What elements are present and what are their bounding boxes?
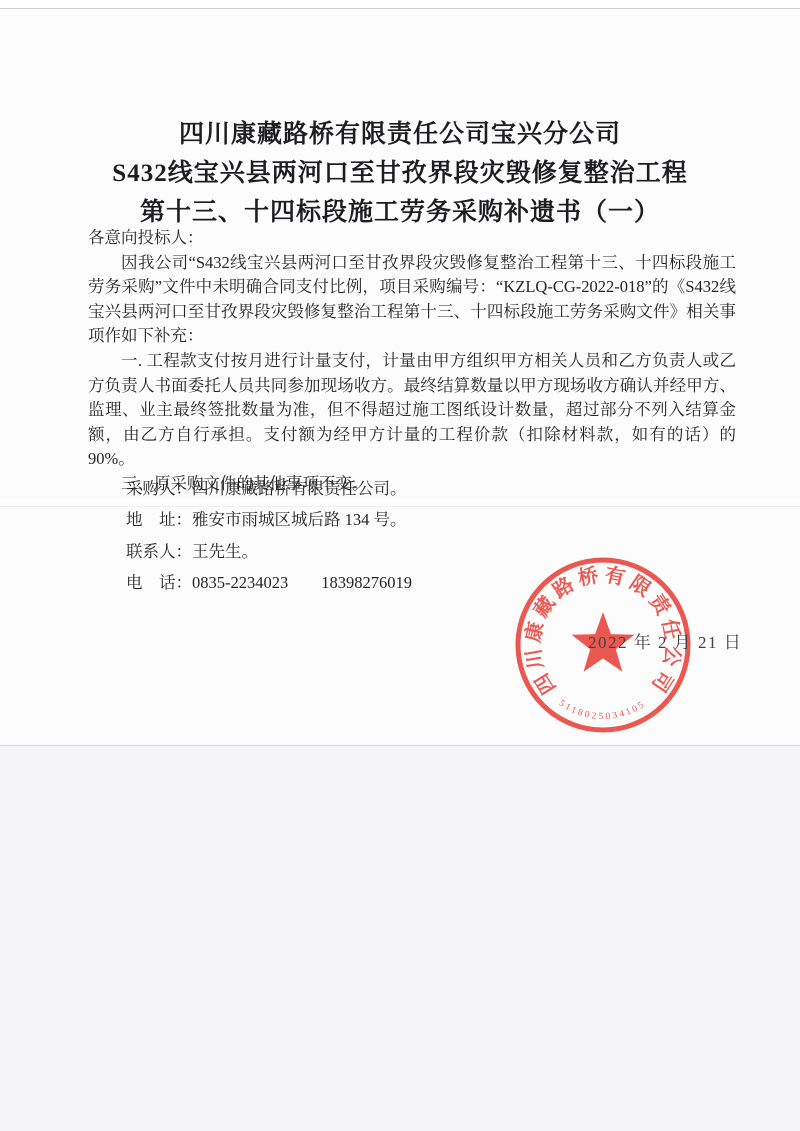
issue-date: 2022 年 2 月 21 日 — [588, 628, 742, 653]
phone-label: 电 话： — [126, 573, 192, 592]
salutation: 各意向投标人： — [88, 226, 736, 251]
contact-person-value: 王先生。 — [192, 542, 258, 561]
scanned-document-page: 四川康藏路桥有限责任公司宝兴分公司 S432线宝兴县两河口至甘孜界段灾毁修复整治… — [0, 0, 800, 1131]
paragraph-intro: 因我公司“S432线宝兴县两河口至甘孜界段灾毁修复整治工程第十三、十四标段施工劳… — [88, 251, 736, 349]
scan-artifact-lower-tint — [0, 746, 800, 1131]
title-line-project: S432线宝兴县两河口至甘孜界段灾毁修复整治工程 — [0, 154, 800, 193]
document-title: 四川康藏路桥有限责任公司宝兴分公司 S432线宝兴县两河口至甘孜界段灾毁修复整治… — [0, 115, 800, 232]
seal-number-text: 5118025034105 — [557, 698, 648, 722]
phone-value: 0835-2234023 18398276019 — [192, 573, 412, 592]
buyer-value: 四川康藏路桥有限责任公司。 — [192, 479, 407, 498]
buyer-label: 采购人： — [126, 479, 192, 498]
contact-person-label: 联系人： — [126, 542, 192, 561]
address-label: 地 址： — [126, 510, 192, 529]
contact-row-address: 地 址：雅安市雨城区城后路 134 号。 — [126, 504, 686, 535]
address-value: 雅安市雨城区城后路 134 号。 — [192, 510, 407, 529]
scan-artifact-top-strip — [0, 0, 800, 8]
paragraph-item-1: 一. 工程款支付按月进行计量支付，计量由甲方组织甲方相关人员和乙方负责人或乙方负… — [88, 349, 736, 472]
title-line-company: 四川康藏路桥有限责任公司宝兴分公司 — [0, 115, 800, 154]
scan-artifact-top-edge — [0, 8, 800, 9]
document-body: 各意向投标人： 因我公司“S432线宝兴县两河口至甘孜界段灾毁修复整治工程第十三… — [88, 226, 736, 497]
contact-row-buyer: 采购人：四川康藏路桥有限责任公司。 — [126, 473, 686, 504]
